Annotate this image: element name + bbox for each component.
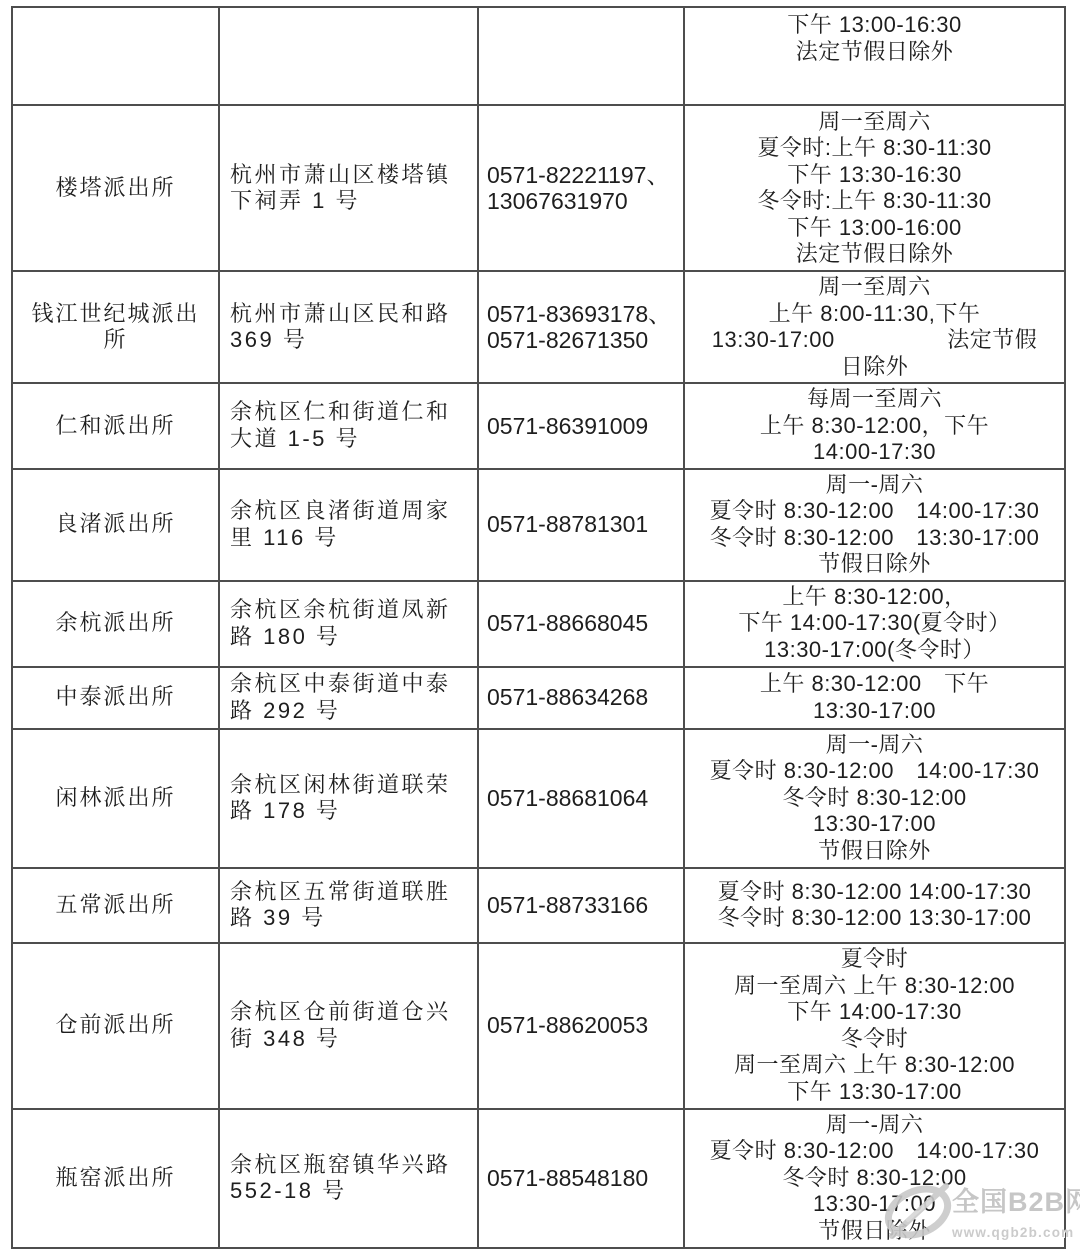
table-row: 中泰派出所 余杭区中泰街道中泰 路 292 号 0571-88634268 上午…	[12, 667, 1065, 729]
station-name-cell: 闲林派出所	[12, 729, 219, 868]
station-name-cell: 良渚派出所	[12, 469, 219, 581]
hours-cell: 周一-周六 夏令时 8:30-12:00 14:00-17:30 冬令时 8:3…	[684, 469, 1065, 581]
station-name-cell: 中泰派出所	[12, 667, 219, 729]
station-name-cell: 仓前派出所	[12, 943, 219, 1109]
phone-cell: 0571-88681064	[478, 729, 684, 868]
hours-cell: 夏令时 8:30-12:00 14:00-17:30 冬令时 8:30-12:0…	[684, 868, 1065, 943]
hours-cell: 上午 8:30-12:00 下午 13:30-17:00	[684, 667, 1065, 729]
table-row: 楼塔派出所 杭州市萧山区楼塔镇 下祠弄 1 号 0571-82221197、 1…	[12, 105, 1065, 271]
station-name-cell: 瓶窑派出所	[12, 1109, 219, 1248]
hours-cell: 周一-周六 夏令时 8:30-12:00 14:00-17:30 冬令时 8:3…	[684, 729, 1065, 868]
address-cell: 余杭区仁和街道仁和 大道 1-5 号	[219, 383, 478, 469]
address-cell	[219, 7, 478, 105]
address-cell: 余杭区仓前街道仓兴 街 348 号	[219, 943, 478, 1109]
hours-cell: 夏令时 周一至周六 上午 8:30-12:00 下午 14:00-17:30 冬…	[684, 943, 1065, 1109]
document-page: 下午 13:00-16:30 法定节假日除外 楼塔派出所 杭州市萧山区楼塔镇 下…	[0, 0, 1080, 1257]
hours-cell: 周一-周六 夏令时 8:30-12:00 14:00-17:30 冬令时 8:3…	[684, 1109, 1065, 1248]
hours-cell: 周一至周六 夏令时:上午 8:30-11:30 下午 13:30-16:30 冬…	[684, 105, 1065, 271]
phone-cell: 0571-88781301	[478, 469, 684, 581]
phone-cell: 0571-82221197、 13067631970	[478, 105, 684, 271]
phone-cell: 0571-88548180	[478, 1109, 684, 1248]
address-cell: 余杭区五常街道联胜 路 39 号	[219, 868, 478, 943]
station-name-cell	[12, 7, 219, 105]
table-row: 良渚派出所 余杭区良渚街道周家 里 116 号 0571-88781301 周一…	[12, 469, 1065, 581]
phone-cell: 0571-88634268	[478, 667, 684, 729]
table-row: 闲林派出所 余杭区闲林街道联荣 路 178 号 0571-88681064 周一…	[12, 729, 1065, 868]
address-cell: 余杭区中泰街道中泰 路 292 号	[219, 667, 478, 729]
hours-cell: 下午 13:00-16:30 法定节假日除外	[684, 7, 1065, 105]
table-row: 瓶窑派出所 余杭区瓶窑镇华兴路 552-18 号 0571-88548180 周…	[12, 1109, 1065, 1248]
station-name-cell: 仁和派出所	[12, 383, 219, 469]
phone-cell	[478, 7, 684, 105]
station-name-cell: 五常派出所	[12, 868, 219, 943]
address-cell: 杭州市萧山区楼塔镇 下祠弄 1 号	[219, 105, 478, 271]
station-name-cell: 楼塔派出所	[12, 105, 219, 271]
table-row: 仁和派出所 余杭区仁和街道仁和 大道 1-5 号 0571-86391009 每…	[12, 383, 1065, 469]
address-cell: 余杭区瓶窑镇华兴路 552-18 号	[219, 1109, 478, 1248]
phone-cell: 0571-86391009	[478, 383, 684, 469]
table-row: 下午 13:00-16:30 法定节假日除外	[12, 7, 1065, 105]
hours-cell: 周一至周六 上午 8:00-11:30,下午 13:30-17:00 法定节假 …	[684, 271, 1065, 383]
station-name-cell: 余杭派出所	[12, 581, 219, 667]
phone-cell: 0571-88733166	[478, 868, 684, 943]
phone-cell: 0571-88668045	[478, 581, 684, 667]
hours-cell: 上午 8:30-12:00， 下午 14:00-17:30(夏令时） 13:30…	[684, 581, 1065, 667]
phone-cell: 0571-88620053	[478, 943, 684, 1109]
address-cell: 余杭区闲林街道联荣 路 178 号	[219, 729, 478, 868]
hours-cell: 每周一至周六 上午 8:30-12:00，下午 14:00-17:30	[684, 383, 1065, 469]
phone-cell: 0571-83693178、 0571-82671350	[478, 271, 684, 383]
table-row: 五常派出所 余杭区五常街道联胜 路 39 号 0571-88733166 夏令时…	[12, 868, 1065, 943]
table-row: 余杭派出所 余杭区余杭街道凤新 路 180 号 0571-88668045 上午…	[12, 581, 1065, 667]
table-row: 钱江世纪城派出 所 杭州市萧山区民和路 369 号 0571-83693178、…	[12, 271, 1065, 383]
table-row: 仓前派出所 余杭区仓前街道仓兴 街 348 号 0571-88620053 夏令…	[12, 943, 1065, 1109]
address-cell: 余杭区余杭街道凤新 路 180 号	[219, 581, 478, 667]
police-station-table: 下午 13:00-16:30 法定节假日除外 楼塔派出所 杭州市萧山区楼塔镇 下…	[11, 6, 1066, 1249]
station-name-cell: 钱江世纪城派出 所	[12, 271, 219, 383]
address-cell: 杭州市萧山区民和路 369 号	[219, 271, 478, 383]
address-cell: 余杭区良渚街道周家 里 116 号	[219, 469, 478, 581]
